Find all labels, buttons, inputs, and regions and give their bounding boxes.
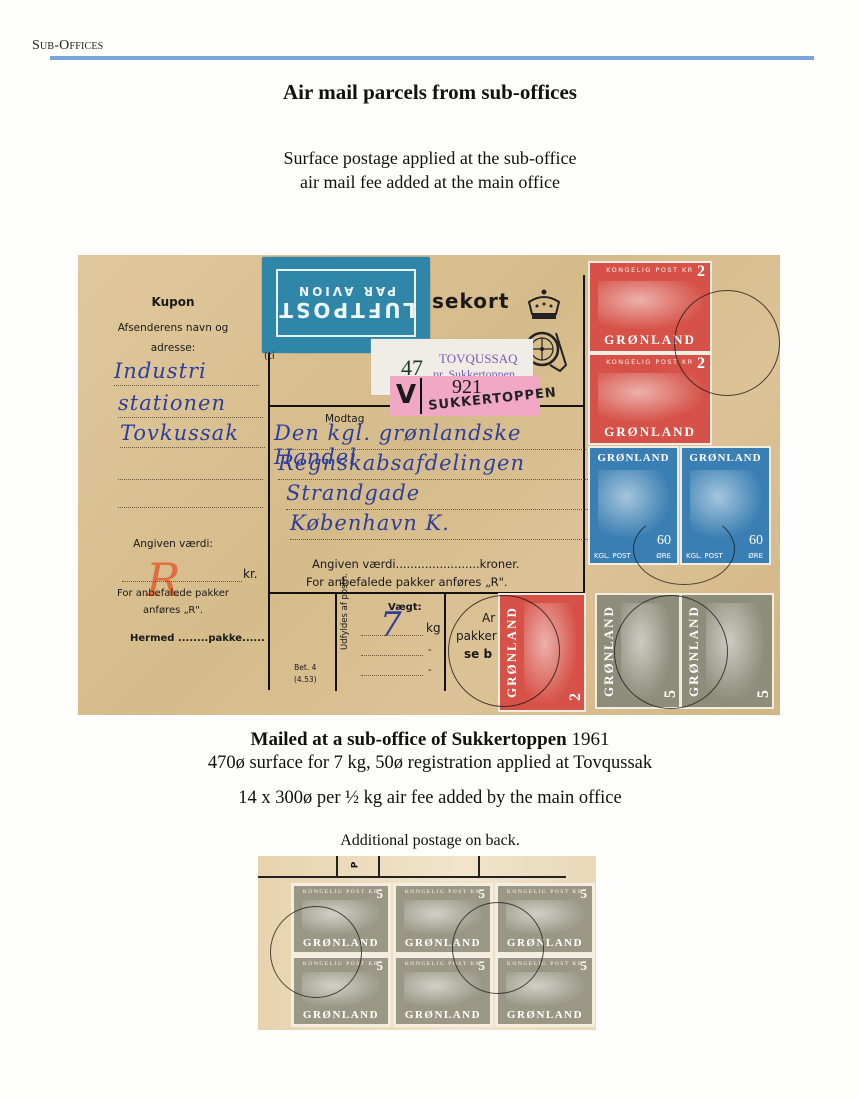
- stamp-bottom-text: KGL. POST: [594, 552, 631, 560]
- stamp-country: GRØNLAND: [294, 1009, 388, 1021]
- caption-postage-line: 470ø surface for 7 kg, 50ø registration …: [0, 753, 860, 774]
- declared-value: Angiven værdi.......................kron…: [312, 557, 520, 571]
- back-postmark: [452, 902, 544, 994]
- stamp-country: GRØNLAND: [590, 452, 677, 464]
- stamp-unit: ØRE: [748, 552, 763, 560]
- back-edge-text: P: [350, 862, 360, 869]
- stamp-top-text: KONGELIG POST KR: [396, 889, 490, 895]
- recipient-line: København K.: [290, 511, 602, 540]
- stamp-ship-art: [598, 373, 702, 421]
- stamp-value: 5: [755, 690, 772, 698]
- registration-divider: [420, 378, 422, 414]
- postmark-sukkertoppen: [633, 513, 735, 585]
- weight-line: [361, 655, 423, 656]
- form-code-line: (4.53): [294, 674, 317, 686]
- stamp-top-text: KONGELIG POST KR: [590, 266, 710, 274]
- subtitle-line: Surface postage applied at the sub-offic…: [0, 146, 860, 170]
- weight-unit: kg: [426, 621, 441, 635]
- back-form-tick: [336, 856, 338, 876]
- registered-instruction: For anbefalede pakker anføres „R".: [306, 575, 508, 589]
- stamp-country: GRØNLAND: [396, 1009, 490, 1021]
- enclosed-label: Hermed ........pakke......: [130, 633, 265, 644]
- stamp-top-text: KONGELIG POST KR: [498, 889, 592, 895]
- kr-label: kr.: [243, 567, 258, 581]
- sender-hw-line: stationen: [118, 391, 263, 418]
- section-label: Sub-Offices: [32, 38, 103, 54]
- postmark-sukkertoppen: [448, 595, 560, 707]
- stamp-country: GRØNLAND: [498, 1009, 592, 1021]
- coupon-section: Kupon Afsenderens navn og adresse: Indus…: [78, 255, 268, 715]
- back-form-line: [258, 876, 566, 878]
- crown-icon: [525, 288, 563, 322]
- caption-year: 1961: [571, 729, 609, 750]
- postmark-tovqussaq: [674, 290, 780, 396]
- sender-label: Afsenderens navn og adresse:: [78, 318, 268, 358]
- caption-heading-bold: Mailed at a sub-office of Sukkertoppen: [251, 729, 567, 750]
- sender-hw-line: Industri: [114, 359, 259, 386]
- sub-office-name: TOVQUSSAQ: [439, 351, 518, 367]
- stamp-country: GRØNLAND: [682, 452, 769, 464]
- page-title: Air mail parcels from sub-offices: [0, 80, 860, 105]
- back-form-tick: [478, 856, 480, 876]
- registered-note-line: anføres „R".: [78, 602, 268, 619]
- postmark-sukkertoppen: [614, 595, 728, 709]
- sender-label-line: adresse:: [78, 338, 268, 358]
- sender-hw-line: Tovkussak: [120, 421, 265, 448]
- stamp-value: 2: [697, 263, 705, 281]
- stamp-value: 60: [749, 533, 763, 549]
- kr-dotted-line: [122, 581, 242, 582]
- stamp-value: 2: [567, 693, 584, 701]
- back-postmark: [270, 906, 362, 998]
- registration-stamp: SUKKERTOPPEN: [428, 385, 558, 413]
- weight-line: [361, 675, 423, 676]
- filled-by-post: Udfyldes af posth.: [340, 573, 350, 650]
- caption-airfee-line: 14 x 300ø per ½ kg air fee added by the …: [0, 788, 860, 809]
- form-vline: [444, 593, 446, 691]
- coupon-heading: Kupon: [78, 295, 268, 309]
- header-rule: [50, 56, 814, 60]
- form-title: sekort: [432, 289, 509, 313]
- form-hline: [268, 592, 584, 594]
- form-code-line: Bet. 4: [294, 662, 317, 674]
- blank-line: [118, 453, 263, 480]
- recipient-line: Strandgade: [286, 481, 598, 510]
- registration-prefix: V: [396, 380, 416, 410]
- recipient-line: Regnskabsafdelingen: [278, 451, 590, 480]
- form-vline: [335, 593, 337, 691]
- page-subtitle: Surface postage applied at the sub-offic…: [0, 146, 860, 194]
- recipient-line: Den kgl. grønlandske Handel: [274, 421, 586, 450]
- back-postage-block: P KONGELIG POST KR 5 GRØNLAND KONGELIG P…: [258, 856, 596, 1030]
- airmail-label-line1: LUFTPOST: [276, 298, 415, 322]
- stamp-top-text: KONGELIG POST KR: [294, 889, 388, 895]
- registration-label: V 921 SUKKERTOPPEN: [390, 376, 540, 416]
- dash: -: [428, 645, 432, 656]
- caption-heading: Mailed at a sub-office of Sukkertoppen 1…: [0, 729, 860, 751]
- weight-value: 7: [380, 605, 403, 645]
- form-code: Bet. 4 (4.53): [294, 662, 317, 686]
- sender-label-line: Afsenderens navn og: [78, 318, 268, 338]
- registered-note-line: For anbefalede pakker: [78, 585, 268, 602]
- value-label: Angiven værdi:: [78, 538, 268, 550]
- stamp-country: GRØNLAND: [590, 424, 710, 440]
- subtitle-line: air mail fee added at the main office: [0, 170, 860, 194]
- registered-note: For anbefalede pakker anføres „R".: [78, 585, 268, 619]
- weight-line: [361, 635, 423, 636]
- partial-text: (ti: [264, 351, 275, 362]
- parcel-card: Kupon Afsenderens navn og adresse: Indus…: [78, 255, 780, 715]
- caption-additional: Additional postage on back.: [0, 832, 860, 850]
- dash: -: [428, 665, 432, 676]
- blank-line: [118, 481, 263, 508]
- airmail-label-inner: LUFTPOST PAR AVION: [276, 269, 416, 337]
- back-form-tick: [378, 856, 380, 876]
- airmail-label-line2: PAR AVION: [296, 284, 396, 298]
